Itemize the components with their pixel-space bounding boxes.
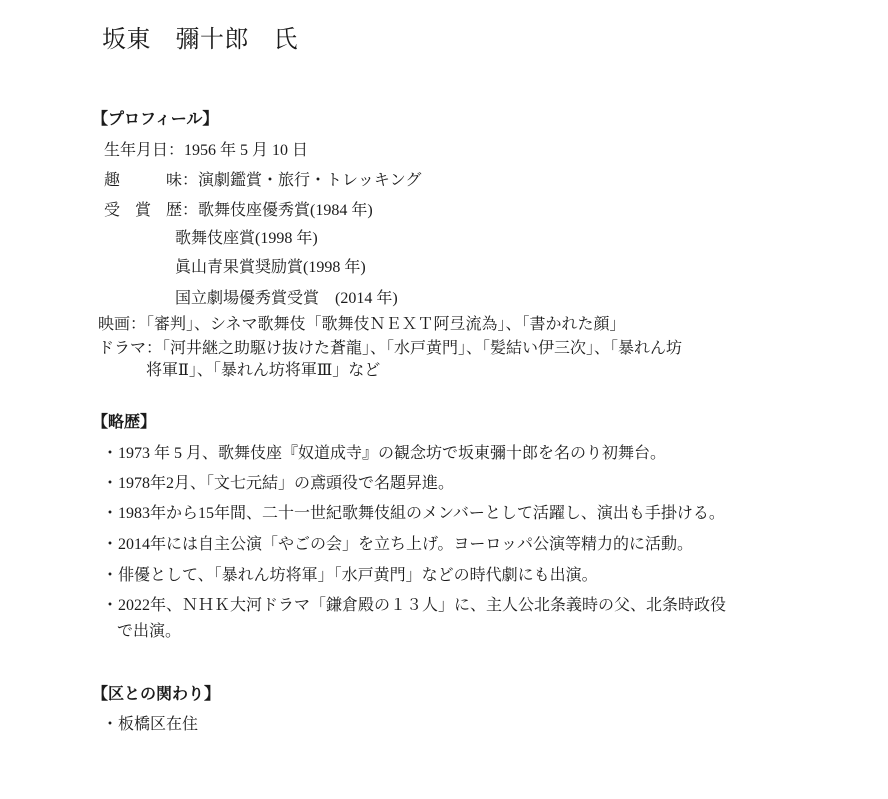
movie-credits-line: 映画：「審判」、シネマ歌舞伎「歌舞伎ＮＥＸＴ阿弖流為」、「書かれた顔」 xyxy=(98,315,626,335)
profile-row-value: 演劇鑑賞・旅行・トレッキング xyxy=(198,172,421,189)
page-title: 坂東 彌十郎 氏 xyxy=(102,26,298,54)
career-item: ・2022年、ＮＨＫ大河ドラマ「鎌倉殿の１３人」に、主人公北条義時の父、北条時政… xyxy=(102,596,726,616)
profile-row-awards: 受賞歴：歌舞伎座優秀賞(1984 年) xyxy=(104,201,373,221)
profile-row-value: 1956 年 5 月 10 日 xyxy=(184,142,308,159)
career-item: ・1978年2月、「文七元結」の鳶頭役で名題昇進。 xyxy=(102,474,454,494)
profile-row-separator: ： xyxy=(182,202,198,219)
profile-row-label: 生年月日 xyxy=(104,141,168,161)
career-item-wrap-line: で出演。 xyxy=(117,622,181,642)
award-line: 国立劇場優秀賞受賞 (2014 年) xyxy=(175,289,398,309)
career-item: ・1973 年 5 月、歌舞伎座『奴道成寺』の観念坊で坂東彌十郎を名のり初舞台。 xyxy=(102,444,666,464)
section-heading-career: 【略歴】 xyxy=(92,413,156,433)
profile-row-birthdate: 生年月日：1956 年 5 月 10 日 xyxy=(104,141,308,161)
award-line: 眞山青果賞奨励賞(1998 年) xyxy=(175,258,366,278)
drama-credits-line: ドラマ：「河井継之助駆け抜けた蒼龍」、「水戸黄門」、「髪結い伊三次」、「暴れん坊 xyxy=(98,339,682,359)
profile-row-separator: ： xyxy=(182,172,198,189)
document-page: 坂東 彌十郎 氏 【プロフィール】 生年月日：1956 年 5 月 10 日 趣… xyxy=(0,0,888,799)
ward-relation-item: ・板橋区在住 xyxy=(102,715,198,735)
profile-row-hobby: 趣味：演劇鑑賞・旅行・トレッキング xyxy=(104,171,421,191)
profile-row-label: 趣味 xyxy=(104,171,182,191)
career-item: ・1983年から15年間、二十一世紀歌舞伎組のメンバーとして活躍し、演出も手掛け… xyxy=(102,504,725,524)
section-heading-ward-relation: 【区との関わり】 xyxy=(92,685,220,705)
career-item: ・2014年には自主公演「やごの会」を立ち上げ。ヨーロッパ公演等精力的に活動。 xyxy=(102,535,693,555)
section-heading-profile: 【プロフィール】 xyxy=(92,110,218,130)
award-line: 歌舞伎座賞(1998 年) xyxy=(175,229,318,249)
profile-row-value: 歌舞伎座優秀賞(1984 年) xyxy=(198,202,373,219)
profile-row-label: 受賞歴 xyxy=(104,201,182,221)
career-item: ・俳優として、「暴れん坊将軍」「水戸黄門」などの時代劇にも出演。 xyxy=(102,566,598,586)
profile-row-separator: ： xyxy=(168,142,184,159)
drama-credits-wrap-line: 将軍Ⅱ」、「暴れん坊将軍Ⅲ」など xyxy=(146,361,380,381)
